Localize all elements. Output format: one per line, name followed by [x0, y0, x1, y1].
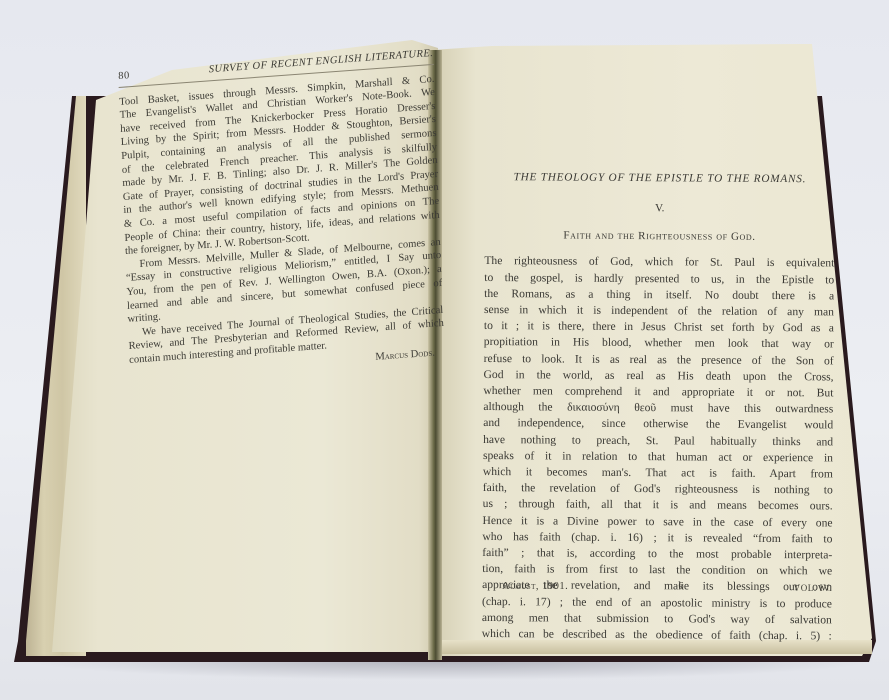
page-footer: August, 1901. 6 VOL. IV. — [502, 581, 832, 593]
left-page-text: 80 SURVEY OF RECENT ENGLISH LITERATURE. … — [118, 47, 445, 383]
volume-label: VOL. IV. — [794, 583, 832, 593]
text-line: propitiation in His blood, whether men l… — [484, 334, 834, 353]
page-number: 80 — [118, 69, 130, 83]
right-page-text: THE THEOLOGY OF THE EPISTLE TO THE ROMAN… — [482, 170, 835, 645]
signature-mark: 6 — [678, 581, 683, 593]
book-photo-scene: 80 SURVEY OF RECENT ENGLISH LITERATURE. … — [0, 0, 889, 700]
text-line: which can be described as the obedience … — [482, 626, 832, 645]
issue-date: August, 1901. — [502, 581, 568, 593]
part-number: V. — [485, 199, 835, 218]
text-line: The righteousness of God, which for St. … — [484, 253, 834, 272]
text-line: us ; through faith, all that it is and m… — [483, 496, 833, 515]
article-title: THE THEOLOGY OF THE EPISTLE TO THE ROMAN… — [485, 170, 835, 187]
text-line: and independence, since otherwise the Ev… — [483, 415, 833, 434]
section-title: Faith and the Righteousness of God. — [484, 227, 834, 246]
